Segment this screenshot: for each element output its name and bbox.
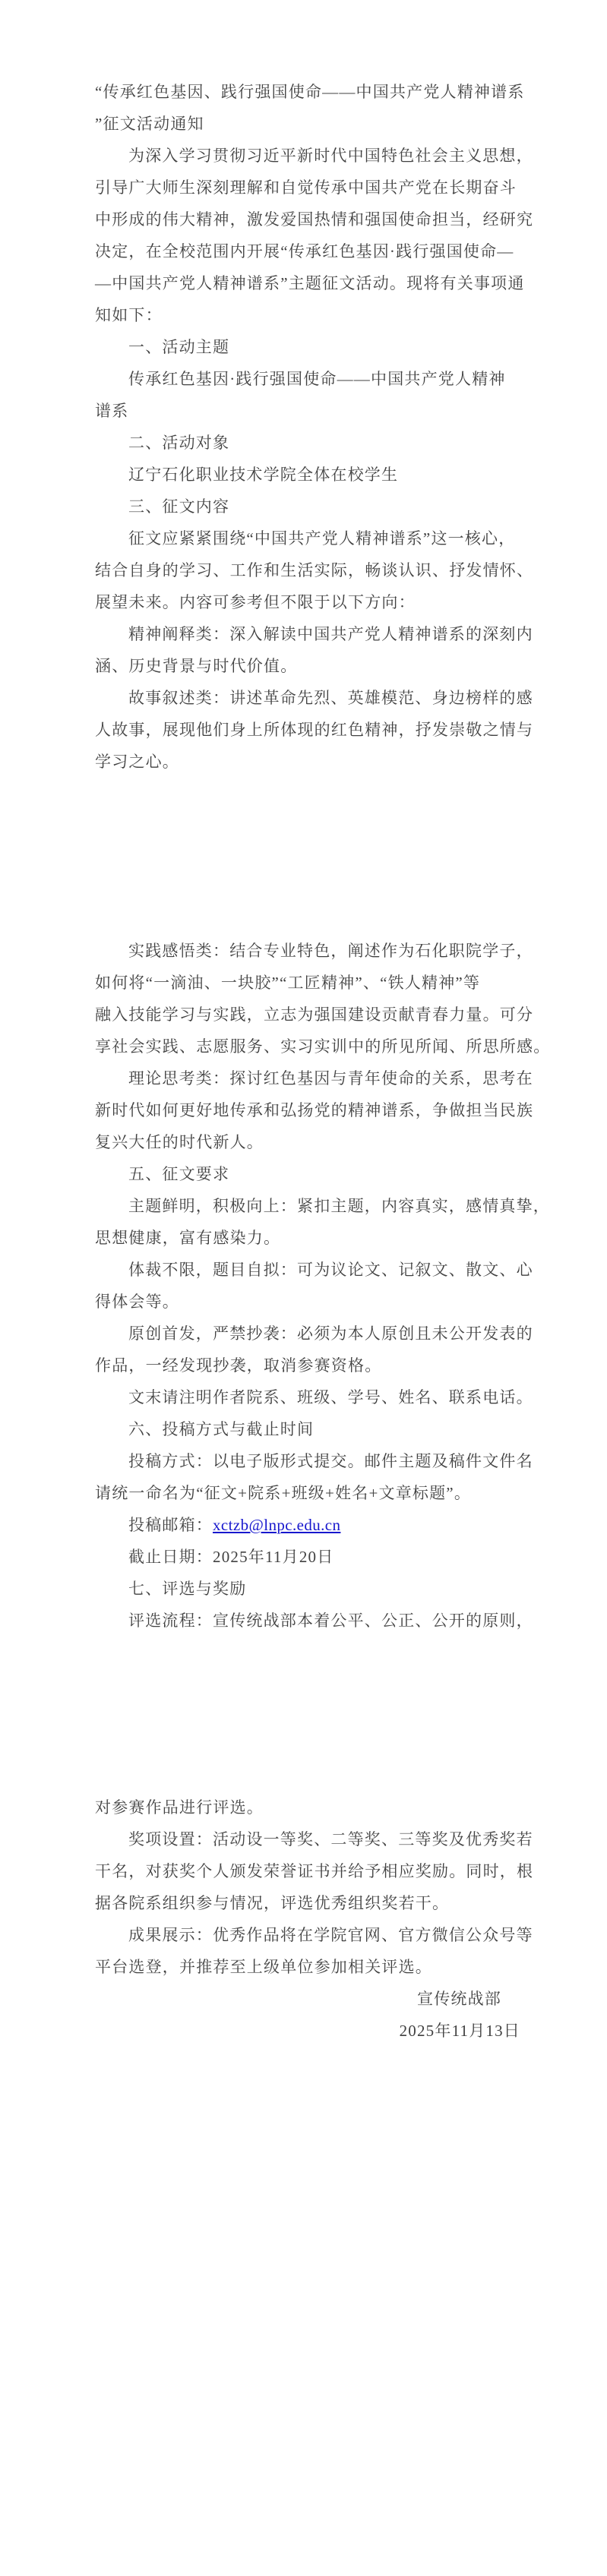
- document-line: 人故事，展现他们身上所体现的红色精神，抒发崇敬之情与: [95, 714, 520, 746]
- document-line: 平台选登，并推荐至上级单位参加相关评选。: [95, 1951, 520, 1983]
- document-line: 决定，在全校范围内开展“传承红色基因·践行强国使命—: [95, 235, 520, 267]
- document-line: 理论思考类：探讨红色基因与青年使命的关系，思考在: [95, 1062, 520, 1094]
- document-line: 故事叙述类：讲述革命先烈、英雄模范、身边榜样的感: [95, 682, 520, 714]
- document-line: 中形成的伟大精神，激发爱国热情和强国使命担当，经研究: [95, 204, 520, 235]
- section-heading-1: 一、活动主题: [95, 331, 520, 363]
- document-line: 主题鲜明，积极向上：紧扣主题，内容真实，感情真挚，: [95, 1190, 520, 1222]
- section-heading-7: 七、评选与奖励: [95, 1573, 520, 1605]
- document-line: —中国共产党人精神谱系”主题征文活动。现将有关事项通: [95, 267, 520, 299]
- document-line: 投稿方式：以电子版形式提交。邮件主题及稿件文件名: [95, 1445, 520, 1477]
- document-line: 得体会等。: [95, 1286, 520, 1318]
- signature-date: 2025年11月13日: [95, 2015, 520, 2047]
- email-link[interactable]: xctzb@lnpc.edu.cn: [213, 1516, 340, 1534]
- document-line: 结合自身的学习、工作和生活实际，畅谈认识、抒发情怀、: [95, 554, 520, 586]
- document-line: 成果展示：优秀作品将在学院官网、官方微信公众号等: [95, 1919, 520, 1951]
- document-line: 为深入学习贯彻习近平新时代中国特色社会主义思想，: [95, 140, 520, 172]
- document-line: 传承红色基因·践行强国使命——中国共产党人精神: [95, 363, 520, 395]
- document-line: 据各院系组织参与情况，评选优秀组织奖若干。: [95, 1887, 520, 1919]
- document-line: 融入技能学习与实践，立志为强国建设贡献青春力量。可分: [95, 999, 520, 1031]
- document-line: 对参赛作品进行评选。: [95, 1792, 520, 1823]
- document-line: 奖项设置：活动设一等奖、二等奖、三等奖及优秀奖若: [95, 1823, 520, 1855]
- section-heading-6: 六、投稿方式与截止时间: [95, 1413, 520, 1445]
- signature-org: 宣传统战部: [95, 1983, 520, 2015]
- document-line: 引导广大师生深刻理解和自觉传承中国共产党在长期奋斗: [95, 172, 520, 204]
- document-line: 如何将“一滴油、一块胶”“工匠精神”、“铁人精神”等: [95, 967, 520, 999]
- document-block-page-3: 对参赛作品进行评选。奖项设置：活动设一等奖、二等奖、三等奖及优秀奖若干名，对获奖…: [95, 1792, 520, 2047]
- document-line: 征文应紧紧围绕“中国共产党人精神谱系”这一核心，: [95, 522, 520, 554]
- document-line: 谱系: [95, 395, 520, 427]
- section-heading-3: 三、征文内容: [95, 491, 520, 522]
- document-line: 请统一命名为“征文+院系+班级+姓名+文章标题”。: [95, 1477, 520, 1509]
- section-heading-2: 二、活动对象: [95, 427, 520, 459]
- notice-document: “传承红色基因、践行强国使命——中国共产党人精神谱系”征文活动通知为深入学习贯彻…: [0, 0, 607, 2576]
- email-label: 投稿邮箱：: [128, 1516, 213, 1534]
- document-line: 精神阐释类：深入解读中国共产党人精神谱系的深刻内: [95, 618, 520, 650]
- document-line: 享社会实践、志愿服务、实习实训中的所见所闻、所思所感。: [95, 1031, 520, 1062]
- document-line: 思想健康，富有感染力。: [95, 1222, 520, 1254]
- document-line: 学习之心。: [95, 746, 520, 778]
- doc-title-line-2: ”征文活动通知: [95, 108, 520, 140]
- document-line: 文末请注明作者院系、班级、学号、姓名、联系电话。: [95, 1381, 520, 1413]
- document-block-page-1: “传承红色基因、践行强国使命——中国共产党人精神谱系”征文活动通知为深入学习贯彻…: [95, 76, 520, 778]
- email-line: 投稿邮箱：xctzb@lnpc.edu.cn: [95, 1509, 520, 1541]
- document-line: 新时代如何更好地传承和弘扬党的精神谱系，争做担当民族: [95, 1094, 520, 1126]
- document-line: 作品，一经发现抄袭，取消参赛资格。: [95, 1350, 520, 1381]
- document-line: 原创首发，严禁抄袭：必须为本人原创且未公开发表的: [95, 1318, 520, 1350]
- document-line: 体裁不限，题目自拟：可为议论文、记叙文、散文、心: [95, 1254, 520, 1286]
- document-line: 涵、历史背景与时代价值。: [95, 650, 520, 682]
- doc-title-line-1: “传承红色基因、践行强国使命——中国共产党人精神谱系: [95, 76, 520, 108]
- document-line: 展望未来。内容可参考但不限于以下方向：: [95, 586, 520, 618]
- document-line: 知如下：: [95, 299, 520, 331]
- document-block-page-2: 实践感悟类：结合专业特色，阐述作为石化职院学子，如何将“一滴油、一块胶”“工匠精…: [95, 935, 520, 1637]
- deadline-line: 截止日期：2025年11月20日: [95, 1541, 520, 1573]
- section-heading-5: 五、征文要求: [95, 1158, 520, 1190]
- document-line: 实践感悟类：结合专业特色，阐述作为石化职院学子，: [95, 935, 520, 967]
- document-line: 辽宁石化职业技术学院全体在校学生: [95, 459, 520, 491]
- document-line: 复兴大任的时代新人。: [95, 1126, 520, 1158]
- document-line: 干名，对获奖个人颁发荣誉证书并给予相应奖励。同时，根: [95, 1855, 520, 1887]
- document-line: 评选流程：宣传统战部本着公平、公正、公开的原则，: [95, 1605, 520, 1637]
